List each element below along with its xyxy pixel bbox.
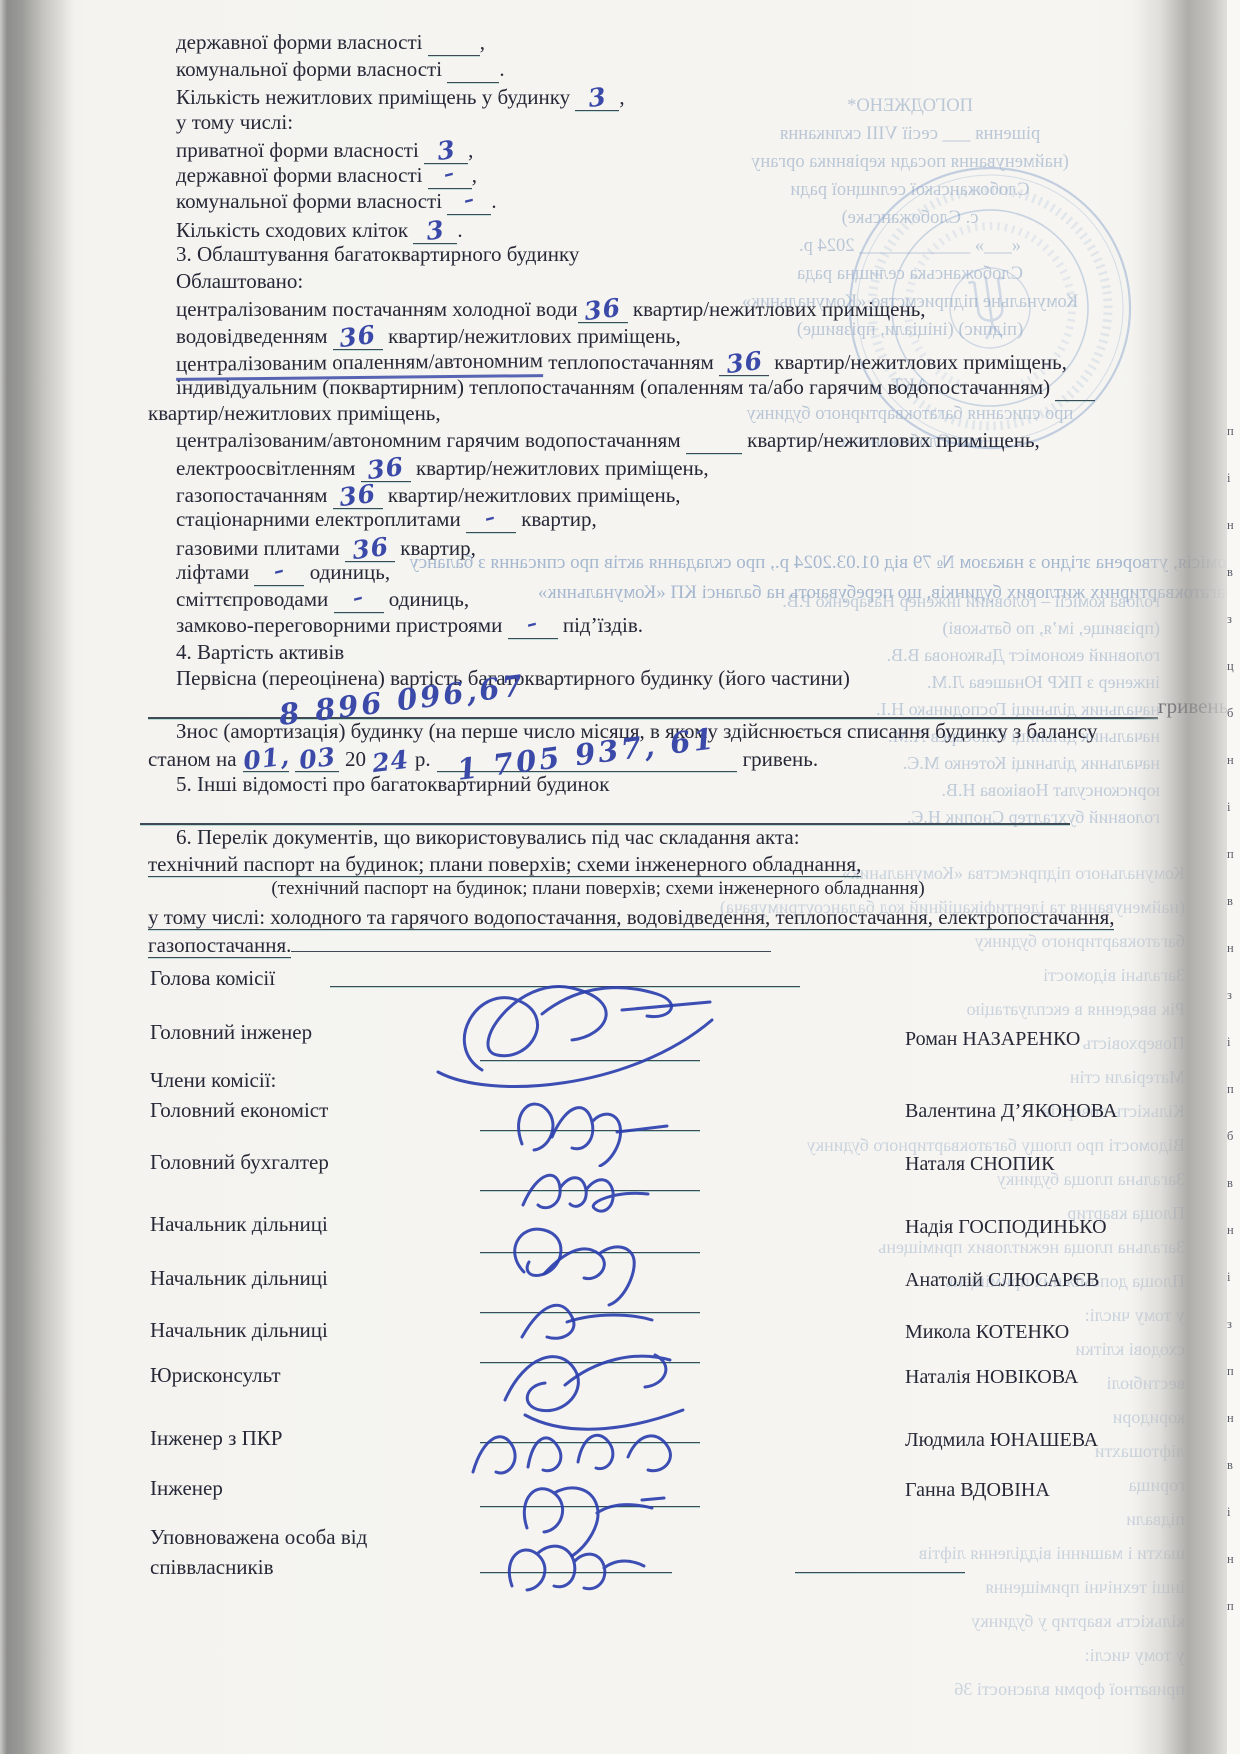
text-segment: , xyxy=(480,30,485,54)
doc-line: технічний паспорт на будинок; плани пове… xyxy=(148,852,1208,879)
text-segment: квартир/нежитлових приміщень, xyxy=(742,428,1040,452)
blank-field: 01, xyxy=(243,744,290,772)
handwritten-dash: – xyxy=(350,586,366,608)
first-cost-row: 8 896 096,67гривень. xyxy=(148,693,1208,720)
text-segment: Облаштовано: xyxy=(176,269,303,293)
signer-name: Валентина Д’ЯКОНОВА xyxy=(905,1100,1117,1123)
blank-field: 36 xyxy=(345,534,395,562)
doc-line: Кількість сходових кліток 3. xyxy=(148,216,1208,243)
scanned-document-page: ПОГОДЖЕНО* рішення ___ сесії VIII склика… xyxy=(0,0,1240,1754)
signer-name: Наталя СНОПИК xyxy=(905,1153,1054,1176)
signer-label: Інженер з ПКР xyxy=(150,1426,283,1451)
signer-label: Юрисконсульт xyxy=(150,1363,281,1388)
text-segment: під’їздів. xyxy=(558,613,643,637)
doc-line: комунальної форми власності –. xyxy=(148,189,1208,216)
text-segment: сміттєпроводами xyxy=(176,587,334,611)
text-segment: гривень. xyxy=(1158,694,1234,719)
doc-line: електроосвітленням 36 квартир/нежитлових… xyxy=(148,454,1208,481)
members-header: Члени комісії: xyxy=(150,1068,276,1093)
doc-line: Кількість нежитлових приміщень у будинку… xyxy=(148,83,1208,110)
text-segment: централізованим/автономним гарячим водоп… xyxy=(176,428,686,452)
doc-line: сміттєпроводами – одиниць, xyxy=(148,587,1208,614)
underlined-text: у тому числі: холодного та гарячого водо… xyxy=(148,905,1114,930)
text-segment: Кількість нежитлових приміщень у будинку xyxy=(176,85,575,109)
text-segment: одиниць, xyxy=(304,560,390,584)
text-segment: квартир/нежитлових приміщень, xyxy=(383,483,681,507)
doc-line: водовідведенням 36 квартир/нежитлових пр… xyxy=(148,322,1208,349)
wear-year-value: 24 xyxy=(371,747,411,776)
text-segment: квартир/нежитлових приміщень, xyxy=(148,401,441,425)
underlined-text: газопостачання. xyxy=(148,933,291,958)
section-heading: 6. Перелік документів, що використовувал… xyxy=(148,825,1208,852)
blank-field: – xyxy=(447,189,491,215)
text-segment: . xyxy=(491,189,496,213)
blank-field xyxy=(686,428,742,454)
signer-name: Анатолій СЛЮСАРЄВ xyxy=(905,1269,1099,1292)
text-segment: квартир, xyxy=(395,536,476,560)
doc-line: газопостачанням 36 квартир/нежитлових пр… xyxy=(148,481,1208,508)
handwritten-dash: – xyxy=(271,559,287,581)
first-cost-blank: 8 896 096,67 xyxy=(148,687,1158,719)
doc-line: централізованим/автономним гарячим водоп… xyxy=(148,428,1208,455)
signer-name: Ганна ВДОВІНА xyxy=(905,1479,1050,1502)
handwritten-value: 3 xyxy=(436,137,457,164)
text-segment: квартир/нежитлових приміщень, xyxy=(411,456,709,480)
handwritten-value: 36 xyxy=(583,295,623,324)
blank-field: 36 xyxy=(333,322,383,350)
text-segment: державної форми власності xyxy=(176,30,428,54)
text-segment: , xyxy=(619,85,624,109)
handwritten-dash: – xyxy=(461,188,477,210)
blank-field: 3 xyxy=(413,216,457,244)
signer-label: Головний бухгалтер xyxy=(150,1150,329,1175)
blank-field: 3 xyxy=(424,136,468,164)
blank-field: 36 xyxy=(361,454,411,482)
blank-field: 1 705 937, 61 xyxy=(437,741,737,772)
blank-field: – xyxy=(428,163,472,189)
signer-label: Інженер xyxy=(150,1476,223,1501)
handwritten-value: 36 xyxy=(338,480,378,509)
blank-field: – xyxy=(466,507,516,533)
doc-line: Облаштовано: xyxy=(148,269,1208,296)
signer-label: Начальник дільниці xyxy=(150,1318,328,1343)
scan-edge-shadow-left xyxy=(0,0,74,1754)
text-segment: стаціонарними електроплитами xyxy=(176,507,466,531)
text-segment: водовідведенням xyxy=(176,324,333,348)
doc-line: газовими плитами 36 квартир, xyxy=(148,534,1208,561)
text-segment: р. xyxy=(415,747,431,772)
text-segment: державної форми власності xyxy=(176,163,428,187)
blank-field xyxy=(1055,375,1095,401)
signer-label: Головний інженер xyxy=(150,1020,312,1045)
text-segment: одиниць, xyxy=(384,587,470,611)
text-segment: газопостачанням xyxy=(176,483,333,507)
cut-off-letter-fragments: п і н в з ц б н і п в н з і п б в н і з … xyxy=(1227,408,1239,1630)
handwritten-value: 3 xyxy=(425,216,446,243)
wear-day-value: 01, xyxy=(241,743,290,773)
signer-label: Головний економіст xyxy=(150,1098,328,1123)
underlined-text: технічний паспорт на будинок; плани пове… xyxy=(148,852,861,877)
text-segment: у тому числі: xyxy=(176,110,293,134)
signer-name: Микола КОТЕНКО xyxy=(905,1321,1069,1344)
text-segment: приватної форми власності xyxy=(176,138,424,162)
signer-label: Начальник дільниці xyxy=(150,1266,328,1291)
document-body: державної форми власності , комунальної … xyxy=(148,30,1208,958)
text-segment: газовими плитами xyxy=(176,536,345,560)
signer-label: Начальник дільниці xyxy=(150,1212,328,1237)
doc-line: стаціонарними електроплитами – квартир, xyxy=(148,507,1208,534)
doc-line: державної форми власності –, xyxy=(148,163,1208,190)
signature-rule xyxy=(795,1572,965,1573)
handwritten-value: 36 xyxy=(724,348,764,377)
doc-line: централізованим опаленням/автономним теп… xyxy=(148,348,1208,375)
text-segment: комунальної форми власності xyxy=(176,189,447,213)
text-segment: , xyxy=(468,138,473,162)
doc-line: комунальної форми власності . xyxy=(148,57,1208,84)
signer-name: Наталія НОВІКОВА xyxy=(905,1366,1078,1389)
doc-line: у тому числі: xyxy=(148,110,1208,137)
signer-name: Надія ГОСПОДИНЬКО xyxy=(905,1216,1107,1239)
blank-field: 36 xyxy=(333,481,383,509)
doc-line: державної форми власності , xyxy=(148,30,1208,57)
wear-month-value: 03 xyxy=(297,744,337,773)
section-heading: 3. Облаштування багатоквартирного будинк… xyxy=(148,242,1208,269)
handwritten-value: 36 xyxy=(350,533,390,562)
signer-name: Людмила ЮНАШЕВА xyxy=(905,1429,1098,1452)
handwritten-value: 36 xyxy=(338,321,378,350)
chair-label: Голова комісії xyxy=(150,966,275,991)
text-segment: . xyxy=(457,218,462,242)
blank-field: 3 xyxy=(575,83,619,111)
text-segment: Кількість сходових кліток xyxy=(176,218,413,242)
text-segment: станом на xyxy=(148,747,237,772)
signer-name: Роман НАЗАРЕНКО xyxy=(905,1028,1080,1051)
doc-line: ліфтами – одиниць, xyxy=(148,560,1208,587)
text-segment: 4. Вартість активів xyxy=(176,640,344,664)
doc-line: приватної форми власності 3, xyxy=(148,136,1208,163)
handwritten-value: 3 xyxy=(587,84,608,111)
text-segment: теплопостачанням xyxy=(543,350,719,374)
text-segment: гривень. xyxy=(743,747,819,772)
blank-field: 03 xyxy=(295,744,339,772)
text-segment: електроосвітленням xyxy=(176,456,361,480)
doc-line: у тому числі: холодного та гарячого водо… xyxy=(148,905,1208,932)
text-segment: квартир/нежитлових приміщень, xyxy=(628,297,926,321)
blank-rule xyxy=(140,799,1070,825)
section-heading: 4. Вартість активів xyxy=(148,640,1208,667)
text-segment: 3. Облаштування багатоквартирного будинк… xyxy=(176,242,579,266)
blank-field: – xyxy=(254,560,304,586)
blank-field xyxy=(447,57,499,83)
section-heading: 5. Інші відомості про багатоквартирний б… xyxy=(148,772,1208,799)
text-segment: 20 xyxy=(345,747,366,772)
blank-rule xyxy=(291,931,771,952)
doc-line: централізованим постачанням холодної вод… xyxy=(148,295,1208,322)
blank-field: – xyxy=(508,613,558,639)
handwritten-dash: – xyxy=(442,162,458,184)
blank-field: – xyxy=(334,587,384,613)
text-segment: централізованим постачанням холодної вод… xyxy=(176,297,578,321)
blank-field: 36 xyxy=(719,348,769,376)
text-segment: квартир, xyxy=(516,507,597,531)
text-segment: комунальної форми власності xyxy=(176,57,447,81)
signature-stroke xyxy=(482,1528,662,1613)
blank-field: 36 xyxy=(578,295,628,323)
text-segment: 6. Перелік документів, що використовувал… xyxy=(176,825,800,849)
handwritten-dash: – xyxy=(483,506,499,528)
text-segment: (технічний паспорт на будинок; плани пов… xyxy=(271,878,924,899)
text-segment: , xyxy=(472,163,477,187)
doc-line-note: (технічний паспорт на будинок; плани пов… xyxy=(148,878,1048,905)
blank-field xyxy=(428,30,480,56)
wear-row: станом на 01, 03 20 24 р. 1 705 937, 61 … xyxy=(148,746,1208,773)
handwritten-dash: – xyxy=(524,612,540,634)
signer-label: Уповноважена особа від співвласників xyxy=(150,1522,420,1582)
blank-rule-row xyxy=(148,799,1208,826)
doc-line: замково-переговорними пристроями – під’ї… xyxy=(148,613,1208,640)
text-segment: ліфтами xyxy=(176,560,254,584)
text-segment: . xyxy=(499,57,504,81)
text-segment: квартир/нежитлових приміщень, xyxy=(383,324,681,348)
doc-line: квартир/нежитлових приміщень, xyxy=(148,401,1208,428)
text-segment: замково-переговорними пристроями xyxy=(176,613,508,637)
text-segment: квартир/нежитлових приміщень, xyxy=(769,350,1067,374)
pen-underlined-text: централізованим опаленням/автономним xyxy=(176,348,543,381)
